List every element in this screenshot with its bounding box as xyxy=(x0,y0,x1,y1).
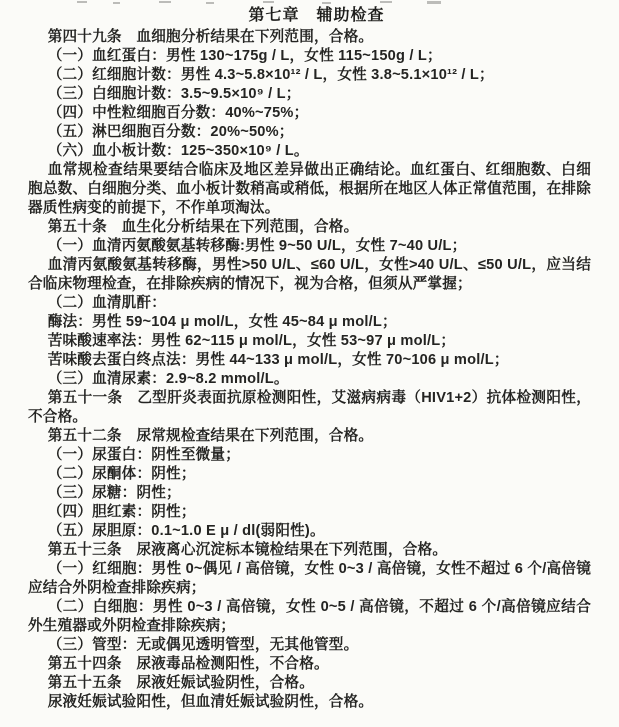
paragraph: 苦味酸速率法：男性 62~115 μ mol/L，女性 53~97 μ mol/… xyxy=(28,332,591,351)
paragraph: （五）尿胆原：0.1~1.0 E μ / dl(弱阳性)。 xyxy=(28,522,591,541)
paragraph: 第五十五条 尿液妊娠试验阴性，合格。 xyxy=(28,674,591,693)
paragraph: （一）红细胞：男性 0~偶见 / 高倍镜，女性 0~3 / 高倍镜，女性不超过 … xyxy=(28,560,591,598)
paragraph: （二）尿酮体：阴性； xyxy=(28,465,591,484)
paragraph: （三）尿糖：阴性； xyxy=(28,484,591,503)
document-page: 第七章 辅助检查 第四十九条 血细胞分析结果在下列范围，合格。 （一）血红蛋白：… xyxy=(0,0,619,712)
paragraph: （三）管型：无或偶见透明管型，无其他管型。 xyxy=(28,636,591,655)
paragraph: （二）红细胞计数：男性 4.3~5.8×10¹² / L，女性 3.8~5.1×… xyxy=(28,66,591,85)
paragraph: （一）血清丙氨酸氨基转移酶:男性 9~50 U/L，女性 7~40 U/L； xyxy=(28,237,591,256)
paragraph: 尿液妊娠试验阳性，但血清妊娠试验阴性，合格。 xyxy=(28,693,591,712)
document-body: 第四十九条 血细胞分析结果在下列范围，合格。 （一）血红蛋白：男性 130~17… xyxy=(28,28,591,712)
paragraph: （三）白细胞计数：3.5~9.5×10⁹ / L； xyxy=(28,85,591,104)
paragraph: （四）中性粒细胞百分数：40%~75%； xyxy=(28,104,591,123)
paragraph: 血常规检查结果要结合临床及地区差异做出正确结论。血红蛋白、红细胞数、白细胞总数、… xyxy=(28,161,591,218)
paragraph: （五）淋巴细胞百分数：20%~50%； xyxy=(28,123,591,142)
chapter-title: 第七章 辅助检查 xyxy=(28,5,591,26)
paragraph: （一）尿蛋白：阴性至微量； xyxy=(28,446,591,465)
paragraph: （六）血小板计数：125~350×10⁹ / L。 xyxy=(28,142,591,161)
paragraph: （二）白细胞：男性 0~3 / 高倍镜，女性 0~5 / 高倍镜，不超过 6 个… xyxy=(28,598,591,636)
paragraph: 第五十三条 尿液离心沉淀标本镜检结果在下列范围，合格。 xyxy=(28,541,591,560)
paragraph: 第五十四条 尿液毒品检测阳性，不合格。 xyxy=(28,655,591,674)
paragraph: 血清丙氨酸氨基转移酶，男性>50 U/L、≤60 U/L，女性>40 U/L、≤… xyxy=(28,256,591,294)
paragraph: 第五十二条 尿常规检查结果在下列范围，合格。 xyxy=(28,427,591,446)
paragraph: （二）血清肌酐： xyxy=(28,294,591,313)
paragraph: （三）血清尿素：2.9~8.2 mmol/L。 xyxy=(28,370,591,389)
paragraph: 第五十一条 乙型肝炎表面抗原检测阳性，艾滋病病毒（HIV1+2）抗体检测阳性，不… xyxy=(28,389,591,427)
paragraph: （四）胆红素：阴性； xyxy=(28,503,591,522)
paragraph: （一）血红蛋白：男性 130~175g / L，女性 115~150g / L； xyxy=(28,47,591,66)
paragraph: 第四十九条 血细胞分析结果在下列范围，合格。 xyxy=(28,28,591,47)
paragraph: 第五十条 血生化分析结果在下列范围，合格。 xyxy=(28,218,591,237)
paragraph: 酶法：男性 59~104 μ mol/L，女性 45~84 μ mol/L； xyxy=(28,313,591,332)
paragraph: 苦味酸去蛋白终点法：男性 44~133 μ mol/L，女性 70~106 μ … xyxy=(28,351,591,370)
